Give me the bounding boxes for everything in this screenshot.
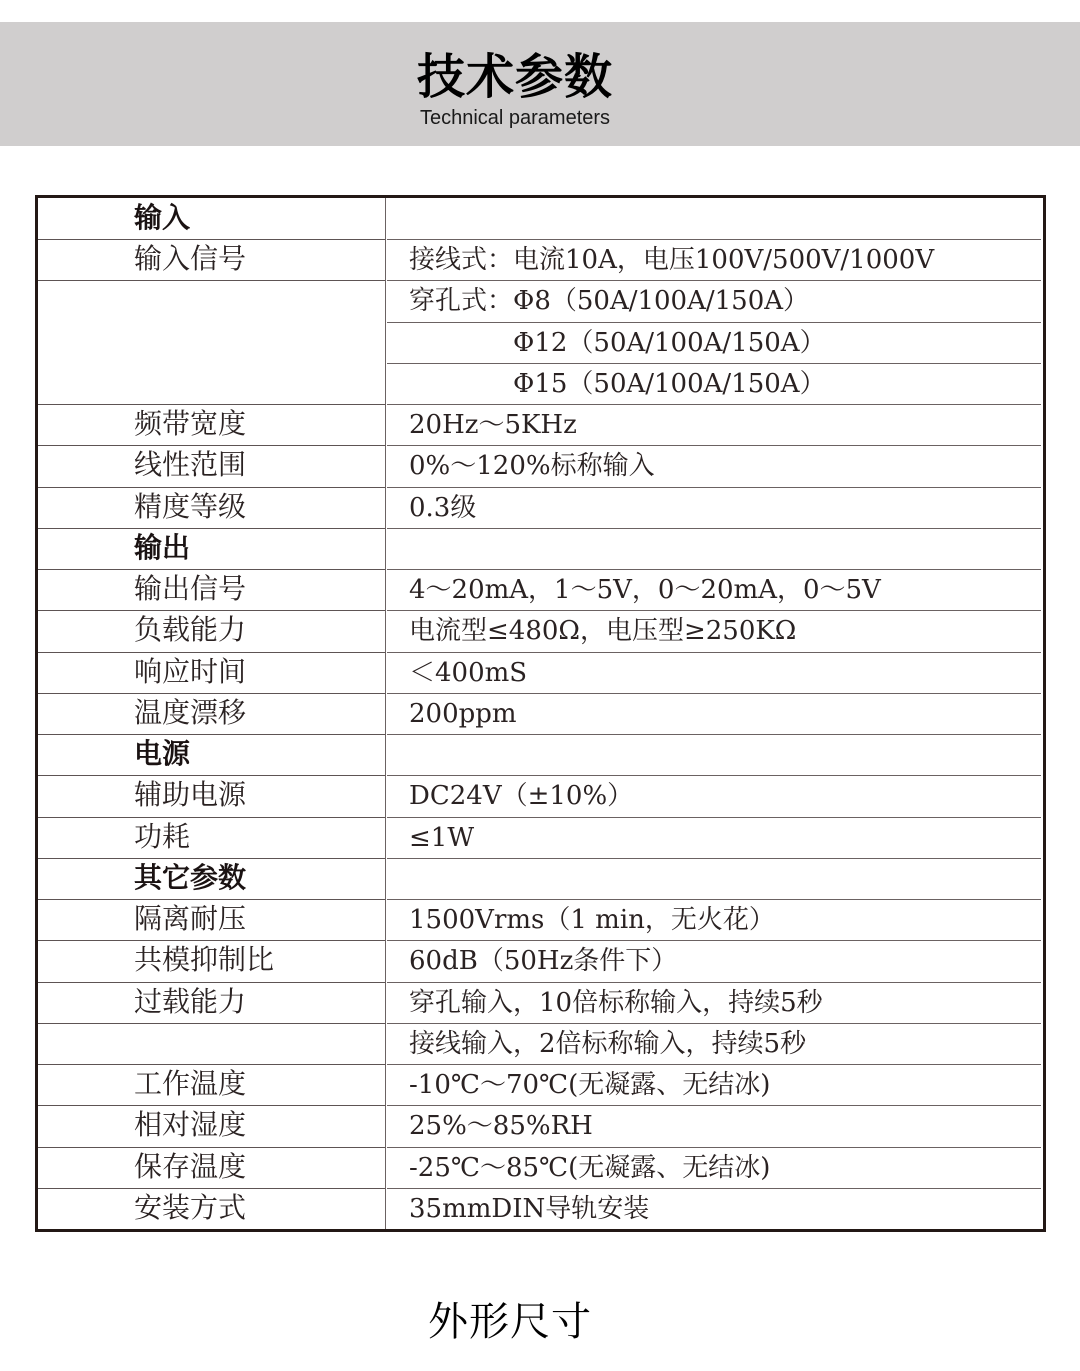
param-value-cell: 35mmDIN导轨安装	[387, 1188, 1042, 1229]
param-label-cell	[38, 280, 386, 321]
table-row: 响应时间＜400mS	[38, 652, 1043, 693]
param-label-cell: 输出	[38, 528, 386, 569]
table-row: Φ15（50A/100A/150A）	[38, 363, 1043, 404]
param-label-cell: 频带宽度	[38, 404, 386, 445]
param-label: 共模抑制比	[134, 942, 274, 978]
param-value-cell: 接线输入，2倍标称输入，持续5秒	[387, 1023, 1042, 1064]
param-label: 输入信号	[134, 241, 246, 277]
param-label-cell: 过载能力	[38, 982, 386, 1023]
param-value-cell: 20Hz～5KHz	[387, 404, 1042, 445]
param-value: 35mmDIN导轨安装	[409, 1191, 649, 1227]
param-value-cell: DC24V（±10%）	[387, 775, 1042, 816]
param-value-cell: 穿孔式：Φ8（50A/100A/150A）	[387, 280, 1042, 321]
table-row: 工作温度-10℃～70℃(无凝露、无结冰)	[38, 1064, 1043, 1105]
param-label-cell	[38, 1023, 386, 1064]
param-label: 保存温度	[134, 1149, 246, 1185]
param-value-cell: 0.3级	[387, 487, 1042, 528]
param-value-cell: 1500Vrms（1 min，无火花）	[387, 899, 1042, 940]
param-value: ≤1W	[409, 820, 474, 856]
param-label: 精度等级	[134, 489, 246, 525]
param-value: 接线输入，2倍标称输入，持续5秒	[409, 1026, 806, 1062]
param-label-cell: 负载能力	[38, 610, 386, 651]
table-row: 接线输入，2倍标称输入，持续5秒	[38, 1023, 1043, 1064]
table-row: 相对湿度25%～85%RH	[38, 1105, 1043, 1146]
param-label-cell: 输入	[38, 198, 386, 239]
table-row: 频带宽度20Hz～5KHz	[38, 404, 1043, 445]
param-value-cell: 4～20mA，1～5V，0～20mA，0～5V	[387, 569, 1042, 610]
param-value: 200ppm	[409, 696, 517, 732]
param-value: 0%～120%标称输入	[409, 448, 655, 484]
param-label-cell	[38, 363, 386, 404]
param-value-cell: 0%～120%标称输入	[387, 445, 1042, 486]
section-heading: 电源	[134, 736, 190, 772]
param-label: 功耗	[134, 819, 190, 855]
param-label: 温度漂移	[134, 695, 246, 731]
param-value: 60dB（50Hz条件下）	[409, 943, 677, 979]
param-label-cell: 温度漂移	[38, 693, 386, 734]
param-label-cell: 其它参数	[38, 858, 386, 899]
param-label-cell	[38, 322, 386, 363]
table-row: 输入信号接线式：电流10A，电压100V/500V/1000V	[38, 239, 1043, 280]
param-value-cell: -25℃～85℃(无凝露、无结冰)	[387, 1147, 1042, 1188]
table-section-row: 其它参数	[38, 858, 1043, 899]
param-label: 过载能力	[134, 984, 246, 1020]
table-section-row: 输出	[38, 528, 1043, 569]
param-label: 响应时间	[134, 654, 246, 690]
param-value: 电流型≤480Ω，电压型≥250KΩ	[409, 613, 796, 649]
param-label: 隔离耐压	[134, 901, 246, 937]
page-subtitle: Technical parameters	[405, 106, 625, 130]
param-value: 0.3级	[409, 490, 476, 526]
param-label-cell: 共模抑制比	[38, 940, 386, 981]
param-value-cell: 电流型≤480Ω，电压型≥250KΩ	[387, 610, 1042, 651]
table-section-row: 输入	[38, 198, 1043, 239]
param-label-cell: 电源	[38, 734, 386, 775]
table-row: Φ12（50A/100A/150A）	[38, 322, 1043, 363]
param-value-cell: 接线式：电流10A，电压100V/500V/1000V	[387, 239, 1042, 280]
param-label: 安装方式	[134, 1190, 246, 1226]
param-value: 20Hz～5KHz	[409, 407, 577, 443]
param-label-cell: 输入信号	[38, 239, 386, 280]
table-row: 保存温度-25℃～85℃(无凝露、无结冰)	[38, 1147, 1043, 1188]
param-value-cell: 25%～85%RH	[387, 1105, 1042, 1146]
param-value: 1500Vrms（1 min，无火花）	[409, 902, 775, 938]
param-label-cell: 辅助电源	[38, 775, 386, 816]
header-banner: 技术参数 Technical parameters	[0, 22, 1080, 146]
param-label: 工作温度	[134, 1066, 246, 1102]
param-value-cell: ＜400mS	[387, 652, 1042, 693]
param-value: 穿孔式：Φ8（50A/100A/150A）	[409, 283, 809, 319]
param-value: 穿孔输入，10倍标称输入，持续5秒	[409, 985, 823, 1021]
param-label-cell: 工作温度	[38, 1064, 386, 1105]
param-label-cell: 相对湿度	[38, 1105, 386, 1146]
param-label-cell: 功耗	[38, 817, 386, 858]
param-value: ＜400mS	[409, 655, 527, 691]
param-value-cell: 200ppm	[387, 693, 1042, 734]
page-title: 技术参数	[405, 48, 625, 106]
param-value-cell	[387, 858, 1042, 899]
param-label-cell: 隔离耐压	[38, 899, 386, 940]
param-label-cell: 精度等级	[38, 487, 386, 528]
param-value: -25℃～85℃(无凝露、无结冰)	[409, 1150, 770, 1186]
param-label-cell: 响应时间	[38, 652, 386, 693]
param-value-cell: 60dB（50Hz条件下）	[387, 940, 1042, 981]
table-row: 输出信号4～20mA，1～5V，0～20mA，0～5V	[38, 569, 1043, 610]
param-value-cell: 穿孔输入，10倍标称输入，持续5秒	[387, 982, 1042, 1023]
param-value-cell: Φ12（50A/100A/150A）	[387, 322, 1042, 363]
section-heading: 输出	[134, 530, 190, 566]
spec-table: 输入输入信号接线式：电流10A，电压100V/500V/1000V穿孔式：Φ8（…	[35, 195, 1046, 1232]
section-heading: 输入	[134, 200, 190, 236]
table-row: 温度漂移200ppm	[38, 693, 1043, 734]
param-label: 频带宽度	[134, 406, 246, 442]
table-row: 隔离耐压1500Vrms（1 min，无火花）	[38, 899, 1043, 940]
param-value-cell	[387, 198, 1042, 239]
param-value-cell: ≤1W	[387, 817, 1042, 858]
param-label-cell: 输出信号	[38, 569, 386, 610]
param-value: Φ12（50A/100A/150A）	[409, 325, 826, 361]
param-value: DC24V（±10%）	[409, 778, 633, 814]
table-row: 负载能力电流型≤480Ω，电压型≥250KΩ	[38, 610, 1043, 651]
table-row: 辅助电源DC24V（±10%）	[38, 775, 1043, 816]
param-label: 输出信号	[134, 571, 246, 607]
section-heading: 其它参数	[134, 860, 246, 896]
param-label: 线性范围	[134, 447, 246, 483]
param-label-cell: 保存温度	[38, 1147, 386, 1188]
param-value: Φ15（50A/100A/150A）	[409, 366, 826, 402]
param-label-cell: 线性范围	[38, 445, 386, 486]
table-row: 过载能力穿孔输入，10倍标称输入，持续5秒	[38, 982, 1043, 1023]
section-title-dimensions: 外形尺寸	[418, 1296, 602, 1348]
param-label: 负载能力	[134, 612, 246, 648]
param-label-cell: 安装方式	[38, 1188, 386, 1229]
table-row: 穿孔式：Φ8（50A/100A/150A）	[38, 280, 1043, 321]
param-value: -10℃～70℃(无凝露、无结冰)	[409, 1067, 770, 1103]
header-title-group: 技术参数 Technical parameters	[405, 48, 625, 130]
table-row: 功耗≤1W	[38, 817, 1043, 858]
param-value-cell: -10℃～70℃(无凝露、无结冰)	[387, 1064, 1042, 1105]
param-label: 辅助电源	[134, 777, 246, 813]
param-value: 接线式：电流10A，电压100V/500V/1000V	[409, 242, 934, 278]
param-value: 25%～85%RH	[409, 1108, 593, 1144]
table-section-row: 电源	[38, 734, 1043, 775]
param-label: 相对湿度	[134, 1107, 246, 1143]
table-row: 精度等级0.3级	[38, 487, 1043, 528]
param-value: 4～20mA，1～5V，0～20mA，0～5V	[409, 572, 881, 608]
table-row: 安装方式35mmDIN导轨安装	[38, 1188, 1043, 1229]
param-value-cell	[387, 734, 1042, 775]
table-row: 线性范围0%～120%标称输入	[38, 445, 1043, 486]
table-row: 共模抑制比60dB（50Hz条件下）	[38, 940, 1043, 981]
param-value-cell	[387, 528, 1042, 569]
param-value-cell: Φ15（50A/100A/150A）	[387, 363, 1042, 404]
